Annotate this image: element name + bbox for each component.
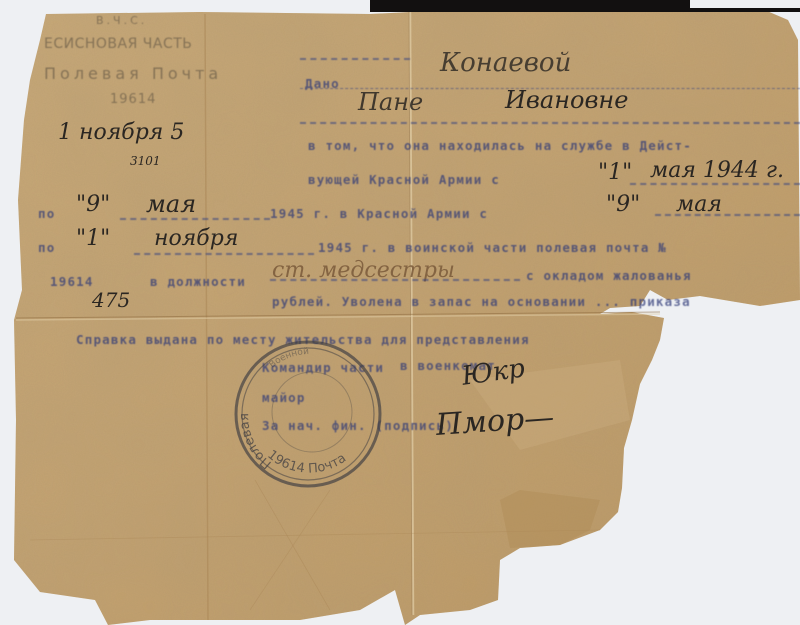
header-post-number: 19614 bbox=[110, 92, 156, 107]
scanned-document: В.Ч.С. ЕСИСНОВАЯ ЧАСТЬ Полевая Почта 196… bbox=[0, 0, 800, 625]
header-line1: В.Ч.С. bbox=[96, 14, 147, 27]
body-line-4-prefix: по bbox=[38, 240, 55, 255]
body-rule-3a bbox=[120, 218, 270, 220]
issue-date: 1 ноября 5 bbox=[58, 120, 184, 145]
unit-service-end-month: ноября bbox=[154, 226, 238, 251]
body-line-1: в том, что она находилась на службе в Де… bbox=[308, 138, 692, 153]
document-content: В.Ч.С. ЕСИСНОВАЯ ЧАСТЬ Полевая Почта 196… bbox=[0, 0, 800, 625]
issue-number: 3101 bbox=[130, 154, 161, 168]
body-line-3-prefix: по bbox=[38, 206, 55, 221]
body-line-3-text: 1945 г. в Красной Армии с bbox=[270, 206, 488, 221]
service-end-month: мая bbox=[146, 190, 196, 218]
body-rule-3b bbox=[655, 214, 800, 216]
unit-number: 19614 bbox=[50, 274, 94, 289]
service-start-day: "1" bbox=[598, 160, 632, 185]
recipient-surname: Конаевой bbox=[440, 48, 571, 78]
header-unit: ЕСИСНОВАЯ ЧАСТЬ bbox=[44, 36, 192, 52]
service-start-month-year: мая 1944 г. bbox=[650, 158, 784, 183]
body-line-6-text: рублей. Уволена в запас на основании ...… bbox=[272, 294, 691, 309]
salary-amount: 475 bbox=[92, 288, 130, 312]
recipient-rule-1 bbox=[300, 122, 800, 124]
body-line-5-text: в должности bbox=[150, 274, 246, 289]
body-rule-5 bbox=[270, 279, 520, 281]
body-line-5-suffix: с окладом жалованья bbox=[526, 268, 692, 283]
body-line-2: вующей Красной Армии с bbox=[308, 172, 500, 187]
body-rule-4 bbox=[134, 253, 314, 255]
recipient-rule-top bbox=[300, 58, 410, 60]
recipient-first-name: Пане bbox=[358, 88, 423, 116]
body-rule-2 bbox=[630, 183, 800, 185]
recipient-patronymic: Ивановне bbox=[505, 86, 628, 114]
round-seal-stamp: Полевая 19614 Почта Военной bbox=[232, 338, 382, 488]
service-end-day: "9" bbox=[76, 192, 110, 217]
body-line-4-text: 1945 г. в воинской части полевая почта № bbox=[318, 240, 667, 255]
unit-service-end-day: "1" bbox=[76, 226, 110, 251]
header-field-post: Полевая Почта bbox=[44, 64, 222, 83]
army-service-day: "9" bbox=[606, 192, 640, 217]
signature-scribble-bottom: Пмор— bbox=[435, 400, 555, 443]
